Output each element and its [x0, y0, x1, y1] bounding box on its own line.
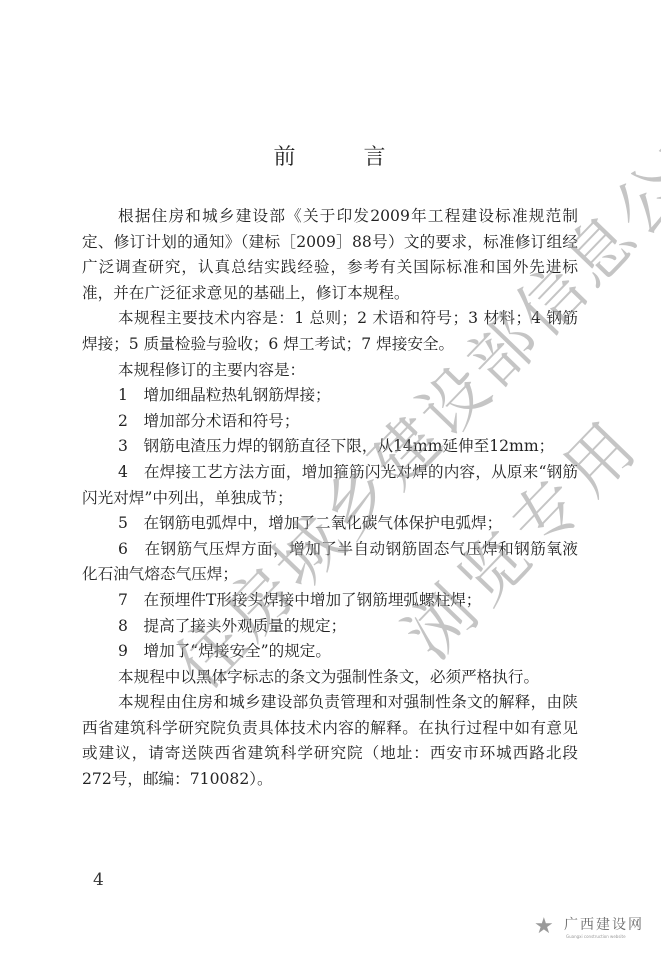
star-icon: ★ — [534, 914, 554, 939]
revision-item-2: 2 增加部分术语和符号； — [82, 409, 578, 435]
revision-item-1: 1 增加细晶粒热轧钢筋焊接； — [82, 383, 578, 409]
title-char-2: 言 — [364, 140, 388, 171]
revision-item-3: 3 钢筋电渣压力焊的钢筋直径下限，从14mm延伸至12mm； — [82, 434, 578, 460]
site-logo: ★ 广西建设网 Guangxi construction website — [534, 912, 659, 948]
revision-item-7: 7 在预埋件T形接头焊接中增加了钢筋埋弧螺柱焊； — [82, 588, 578, 614]
page-title: 前言 — [0, 140, 661, 171]
logo-subtitle: Guangxi construction website — [566, 934, 626, 939]
page-number: 4 — [93, 870, 104, 890]
document-body: 根据住房和城乡建设部《关于印发2009年工程建设标准规范制定、修订计划的通知》（… — [82, 204, 578, 793]
revision-item-6: 6 在钢筋气压焊方面，增加了半自动钢筋固态气压焊和钢筋氧液化石油气熔态气压焊； — [82, 537, 578, 588]
paragraph-revision-intro: 本规程修订的主要内容是： — [82, 358, 578, 384]
paragraph-management: 本规程由住房和城乡建设部负责管理和对强制性条文的解释，由陕西省建筑科学研究院负责… — [82, 690, 578, 792]
paragraph-mandatory: 本规程中以黑体字标志的条文为强制性条文，必须严格执行。 — [82, 665, 578, 691]
document-page: 前言 根据住房和城乡建设部《关于印发2009年工程建设标准规范制定、修订计划的通… — [0, 0, 661, 958]
paragraph-background: 根据住房和城乡建设部《关于印发2009年工程建设标准规范制定、修订计划的通知》（… — [82, 204, 578, 306]
revision-item-5: 5 在钢筋电弧焊中，增加了二氧化碳气体保护电弧焊； — [82, 511, 578, 537]
logo-name: 广西建设网 — [564, 914, 644, 934]
revision-item-8: 8 提高了接头外观质量的规定； — [82, 614, 578, 640]
revision-item-4: 4 在焊接工艺方法方面，增加箍筋闪光对焊的内容，从原来“钢筋闪光对焊”中列出，单… — [82, 460, 578, 511]
revision-item-9: 9 增加了“焊接安全”的规定。 — [82, 639, 578, 665]
paragraph-main-contents: 本规程主要技术内容是：1 总则；2 术语和符号；3 材料；4 钢筋焊接；5 质量… — [82, 306, 578, 357]
title-char-1: 前 — [273, 140, 297, 171]
